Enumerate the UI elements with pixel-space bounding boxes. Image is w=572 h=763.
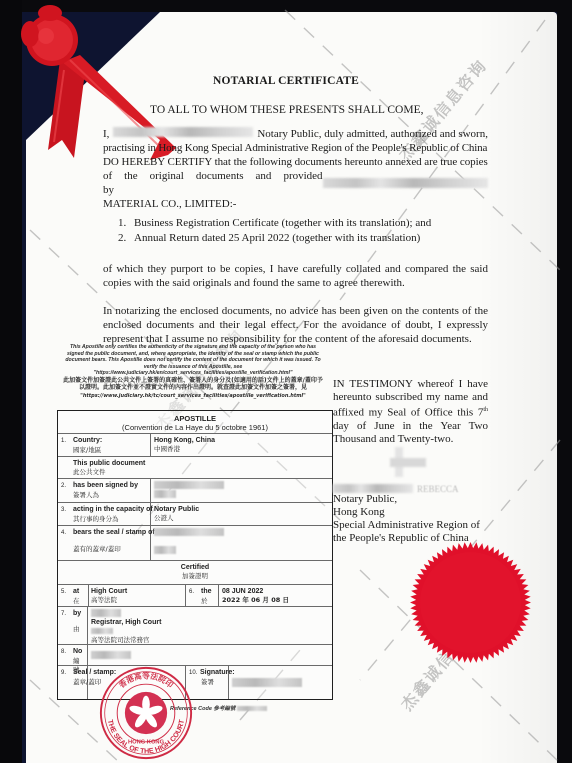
row-value [151, 479, 332, 502]
row-label-en: No [73, 648, 82, 655]
intro-line5: MATERIAL CO., LIMITED:- [103, 197, 488, 211]
row-label: 2.has been signed by 簽署人為 [58, 479, 151, 502]
certified-cn: 加簽證明 [61, 572, 329, 581]
apostille-row-by: 7.by 由 Registrar, High Court 高等法院司法常務官 [58, 606, 332, 644]
row-label-en: has been signed by [73, 482, 138, 489]
redacted-reference-code [237, 706, 267, 711]
row-value-en: 08 JUN 2022 [222, 587, 329, 596]
row-label-en: Country: [73, 437, 102, 444]
signature-line: Special Administrative Region of [333, 519, 493, 532]
apostille-row-public-document: This public document 此公共文件 [58, 456, 332, 478]
row-num: 1. [61, 437, 73, 446]
redacted-signatory-name [333, 484, 413, 493]
row-value-en: Notary Public [154, 505, 329, 514]
apostille-note: This Apostille only certifies the authen… [62, 344, 324, 400]
row-value: Registrar, High Court 高等法院司法常務官 [88, 607, 332, 644]
list-item: 1.Business Registration Certificate (tog… [118, 216, 431, 231]
redacted-signer-cn [154, 490, 176, 498]
scan-left-edge [0, 0, 22, 763]
row-label: This public document 此公共文件 [58, 457, 148, 478]
row-label-en: at [73, 588, 79, 595]
apostille-row-certified: Certified 加簽證明 [58, 560, 332, 584]
row-label-cn: 蓋有的蓋章/蓋印 [61, 545, 147, 554]
redacted-registrar-name-cn [91, 628, 113, 634]
row-num: 3. [61, 506, 73, 515]
row-num: 2. [61, 482, 73, 491]
row-label: 5.at 在 [58, 585, 88, 606]
top-shadow-band [22, 0, 562, 12]
intro-line2: practising in Hong Kong Special Administ… [103, 141, 488, 155]
apostille-note-cn-url: "https://www.judiciary.hk/tc/court_servi… [80, 393, 306, 399]
apostille-header: APOSTILLE (Convention de La Haye du 5 oc… [58, 414, 332, 432]
apostille-row-at-the: 5.at 在 High Court 高等法院 6.the 於 08 JUN 20… [58, 584, 332, 606]
scan-right-edge [557, 0, 572, 763]
row-value-cn: 高等法院 [91, 596, 182, 605]
row-label: 4.bears the seal / stamp of 蓋有的蓋章/蓋印 [58, 526, 151, 560]
redacted-signature [232, 678, 302, 687]
testimony-paragraph: IN TESTIMONY whereof I have hereunto sub… [333, 378, 488, 446]
apostille-row-country: 1.Country: 國家/地區 Hong Kong, China 中國香港 [58, 433, 332, 456]
signatory-name: REBECCA [333, 479, 481, 489]
intro-prefix: I, [103, 127, 109, 141]
list-text: Business Registration Certificate (toget… [134, 217, 431, 229]
row-value-en: Hong Kong, China [154, 436, 329, 445]
row-value-en: Registrar, High Court [91, 618, 329, 627]
row-label-en: bears the seal / stamp of [73, 529, 155, 536]
row-value: 08 JUN 2022 2022 年 06 月 08 日 [219, 585, 332, 606]
svg-text:HONG KONG: HONG KONG [128, 740, 165, 746]
redacted-company-name [323, 178, 488, 188]
testimony-sup: th [483, 407, 488, 413]
certified-en: Certified [61, 563, 329, 572]
list-item: 2.Annual Return dated 25 April 2022 (tog… [118, 231, 431, 246]
row-label-cn: 簽署人為 [61, 491, 147, 500]
row-label: 9.Seal / stamp: 蓋章/蓋印 [58, 666, 88, 699]
list-text: Annual Return dated 25 April 2022 (toget… [134, 232, 420, 244]
red-embossed-seal [408, 540, 533, 665]
row-value: Hong Kong, China 中國香港 [151, 434, 332, 456]
row-value-en: High Court [91, 587, 182, 596]
apostille-note-cn: 此加簽文件加簽證此公共文件上簽署的真確性、簽署人的身分及(如適用的話)文件上的蓋… [62, 377, 324, 400]
documents-list: 1.Business Registration Certificate (tog… [118, 216, 431, 246]
row-value [229, 666, 332, 699]
row-value-cn: 2022 年 06 月 08 日 [222, 596, 329, 605]
row-num: 5. [61, 588, 73, 597]
list-number: 2. [118, 231, 134, 246]
row-value [151, 526, 332, 560]
redacted-signature-mark [390, 458, 426, 467]
intro-line1-suffix: Notary Public, duly admitted, authorized… [257, 127, 488, 141]
apostille-subtitle: (Convention de La Haye du 5 octobre 1961… [58, 423, 332, 432]
signature-line: Notary Public, [333, 493, 493, 506]
apostille-note-url: "https://www.judiciary.hk/en/court_servi… [62, 370, 324, 377]
intro-paragraph: I, Notary Public, duly admitted, authori… [103, 127, 488, 211]
salutation: TO ALL TO WHOM THESE PRESENTS SHALL COME… [150, 104, 423, 116]
certified-label: Certified 加簽證明 [58, 561, 332, 584]
row-value: Notary Public 公證人 [151, 503, 332, 525]
redacted-seal-owner [154, 528, 224, 536]
apostille-title: APOSTILLE [58, 414, 332, 423]
row-label-cn: 蓋章/蓋印 [61, 678, 84, 687]
row-label: 6.the 於 [185, 585, 219, 606]
redacted-seal-owner-cn [154, 546, 176, 554]
row-label-en: acting in the capacity of [73, 506, 153, 513]
redacted-registrar-name [91, 609, 121, 617]
row-label-en: by [73, 610, 81, 617]
row-label: 1.Country: 國家/地區 [58, 434, 151, 456]
apostille-box: APOSTILLE (Convention de La Haye du 5 oc… [57, 410, 333, 700]
row-label-en: the [201, 588, 212, 595]
apostille-row-signed-by: 2.has been signed by 簽署人為 [58, 478, 332, 502]
row-value: High Court 高等法院 [88, 585, 185, 606]
intro-line3: DO HEREBY CERTIFY that the following doc… [103, 155, 488, 169]
intro-line4: of the original documents and provided b… [103, 169, 323, 197]
row-value [88, 645, 332, 665]
row-label-cn: 國家/地區 [61, 446, 147, 455]
signature-block: Notary Public, Hong Kong Special Adminis… [333, 493, 493, 545]
redacted-notary-name [113, 127, 253, 137]
apostille-row-capacity: 3.acting in the capacity of 其行事的身分為 Nota… [58, 502, 332, 525]
apostille-row-seal-of: 4.bears the seal / stamp of 蓋有的蓋章/蓋印 [58, 525, 332, 560]
redacted-apostille-number [91, 651, 131, 659]
row-label-cn: 其行事的身分為 [61, 515, 147, 524]
high-court-seal: 香港高等法院印 THE SEAL OF THE HIGH COURT HONG … [98, 665, 194, 761]
row-label: 3.acting in the capacity of 其行事的身分為 [58, 503, 151, 525]
disclaimer-paragraph: In notarizing the enclosed documents, no… [103, 304, 488, 346]
row-num: 7. [61, 610, 73, 619]
certificate-title: NOTARIAL CERTIFICATE [0, 75, 572, 87]
list-number: 1. [118, 216, 134, 231]
row-num: 4. [61, 529, 73, 538]
row-label-cn: 於 [189, 597, 215, 606]
redacted-signer [154, 481, 224, 489]
row-label-cn: 在 [61, 597, 85, 606]
row-label-cn: 簽署 [189, 678, 225, 687]
row-num: 6. [189, 588, 201, 597]
row-label-en: This public document [73, 459, 145, 468]
row-value-cn: 公證人 [154, 514, 329, 523]
row-label: 8.No 編號 [58, 645, 88, 665]
signature-line: Hong Kong [333, 506, 493, 519]
row-num: 9. [61, 669, 73, 678]
row-num: 8. [61, 648, 73, 657]
row-label-cn: 由 [61, 625, 84, 634]
row-label-cn: 此公共文件 [73, 468, 145, 477]
collation-paragraph: of which they purport to be copies, I ha… [103, 262, 488, 290]
apostille-note-cn-text: 此加簽文件加簽證此公共文件上簽署的真確性、簽署人的身分及(如適用的話)文件上的蓋… [63, 377, 323, 391]
testimony-text: IN TESTIMONY whereof I have hereunto sub… [333, 378, 488, 419]
apostille-row-number: 8.No 編號 [58, 644, 332, 665]
row-value-cn: 中國香港 [154, 445, 329, 454]
row-label: 7.by 由 [58, 607, 88, 644]
testimony-text-end: day of June in the Year Two Thousand and… [333, 420, 488, 445]
apostille-note-en: This Apostille only certifies the authen… [62, 344, 324, 370]
